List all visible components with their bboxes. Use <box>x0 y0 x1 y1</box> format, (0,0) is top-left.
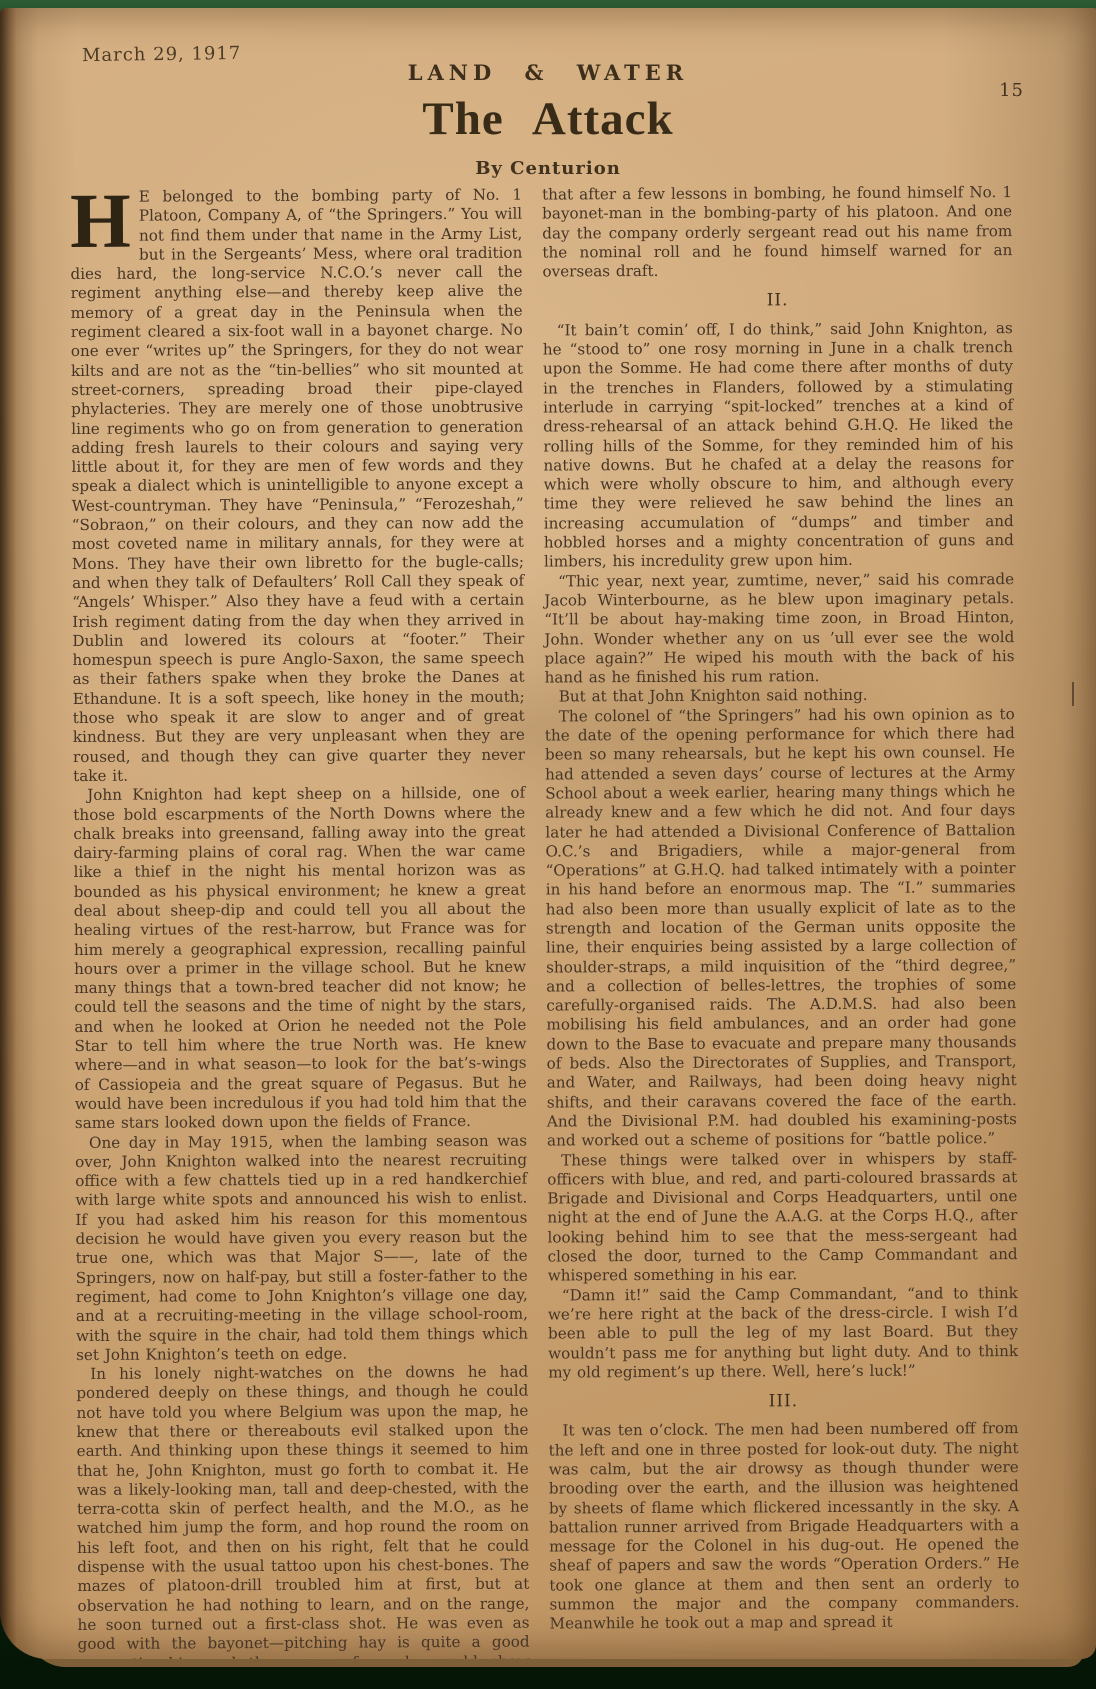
section-heading-ii: II. <box>543 291 1013 313</box>
paragraph: The colonel of “the Springers” had his o… <box>545 705 1017 1151</box>
left-column: HE belonged to the bombing party of No. … <box>70 186 530 1633</box>
paragraph-opening-text: E belonged to the bombing party of No. 1… <box>70 186 525 785</box>
paragraph: “Damn it!” said the Camp Commandant, “an… <box>548 1284 1018 1383</box>
masthead: LAND & WATER <box>0 60 1096 85</box>
pencil-margin-mark <box>1072 682 1074 706</box>
book-binding-shadow <box>0 8 22 1659</box>
article-body: HE belonged to the bombing party of No. … <box>70 183 1030 1633</box>
paragraph-continuation: that after a few lessons in bombing, he … <box>542 183 1012 282</box>
article-byline: By Centurion <box>0 158 1096 179</box>
paragraph: “It bain’t comin’ off, I do think,” said… <box>543 319 1014 572</box>
article-title: The Attack <box>0 92 1096 146</box>
magazine-page: March 29, 1917 LAND & WATER 15 The Attac… <box>0 8 1096 1659</box>
paragraph: It was ten o’clock. The men had been num… <box>548 1419 1019 1634</box>
paragraph: In his lonely night-watches on the downs… <box>76 1363 530 1659</box>
paragraph: John Knighton had kept sheep on a hillsi… <box>73 784 527 1134</box>
paragraph: But at that John Knighton said nothing. <box>545 685 1015 707</box>
paragraph-opening: HE belonged to the bombing party of No. … <box>70 186 525 787</box>
right-column: that after a few lessons in bombing, he … <box>542 183 1020 1630</box>
drop-cap: H <box>70 188 139 252</box>
section-heading-iii: III. <box>548 1391 1018 1413</box>
paragraph: These things were talked over in whisper… <box>547 1149 1018 1287</box>
paragraph: One day in May 1915, when the lambing se… <box>75 1131 528 1365</box>
paragraph: “Thic year, next year, zumtime, never,” … <box>544 570 1015 688</box>
